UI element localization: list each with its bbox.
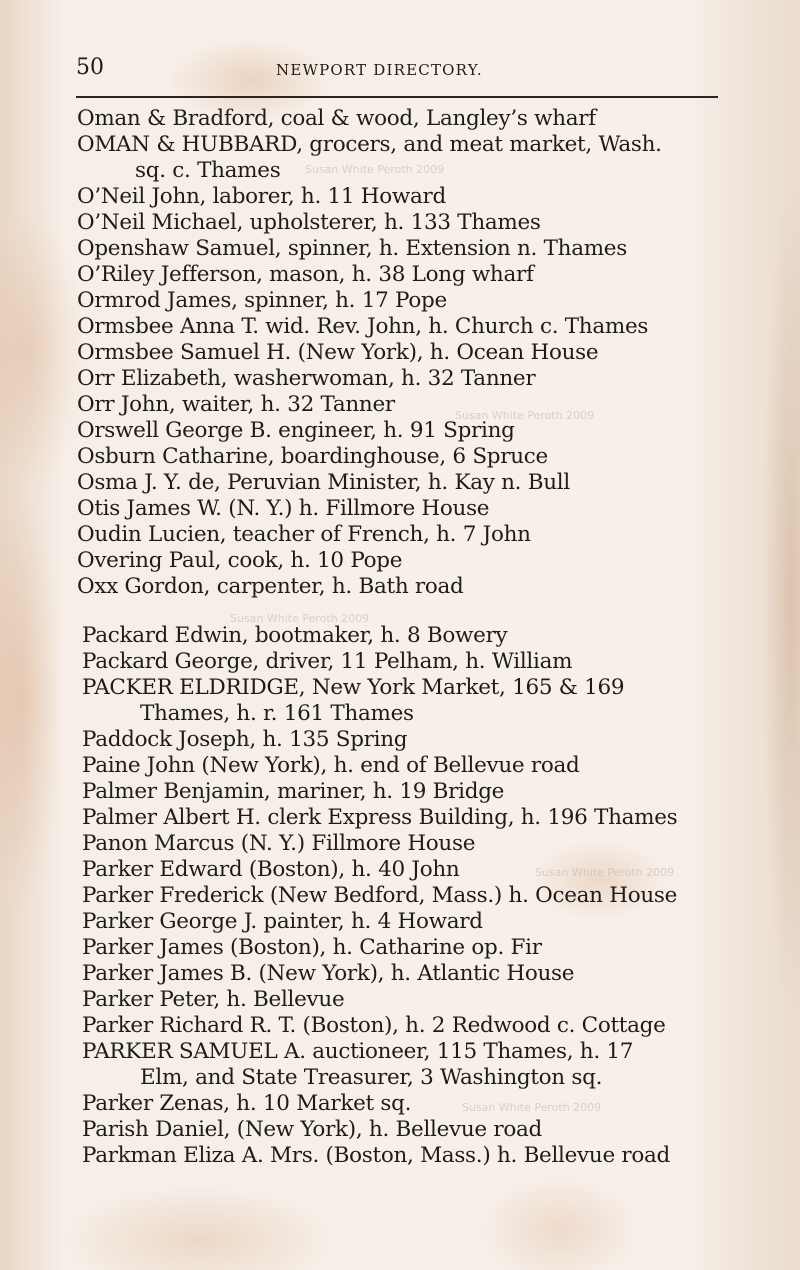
entry-continuation: Thames, h. r. 161 Thames	[82, 701, 762, 727]
running-title: NEWPORT DIRECTORY.	[276, 61, 483, 79]
directory-entry: Packard Edwin, bootmaker, h. 8 Bowery	[82, 623, 762, 649]
directory-entry: Osburn Catharine, boardinghouse, 6 Spruc…	[77, 444, 757, 470]
directory-entry: O’Neil Michael, upholsterer, h. 133 Tham…	[77, 210, 757, 236]
directory-entry: O’Riley Jefferson, mason, h. 38 Long wha…	[77, 262, 757, 288]
header-rule	[76, 96, 718, 98]
directory-entry: Paine John (New York), h. end of Bellevu…	[82, 753, 762, 779]
directory-entry: Openshaw Samuel, spinner, h. Extension n…	[77, 236, 757, 262]
watermark: Susan White Peroth 2009	[305, 163, 444, 176]
directory-entry: Ormrod James, spinner, h. 17 Pope	[77, 288, 757, 314]
watermark: Susan White Peroth 2009	[230, 612, 369, 625]
page-header: 50 NEWPORT DIRECTORY.	[76, 55, 718, 85]
directory-entry: Parker Richard R. T. (Boston), h. 2 Redw…	[82, 1013, 762, 1039]
directory-section-p: Packard Edwin, bootmaker, h. 8 Bowery Pa…	[82, 623, 762, 1169]
directory-entry: Parker Frederick (New Bedford, Mass.) h.…	[82, 883, 762, 909]
directory-entry: Oxx Gordon, carpenter, h. Bath road	[77, 574, 757, 600]
directory-entry: Parker Peter, h. Bellevue	[82, 987, 762, 1013]
directory-entry: Palmer Benjamin, mariner, h. 19 Bridge	[82, 779, 762, 805]
watermark: Susan White Peroth 2009	[462, 1101, 601, 1114]
directory-section-o: Oman & Bradford, coal & wood, Langley’s …	[77, 106, 757, 600]
watermark: Susan White Peroth 2009	[455, 409, 594, 422]
directory-entry: Parish Daniel, (New York), h. Bellevue r…	[82, 1117, 762, 1143]
watermark: Susan White Peroth 2009	[535, 866, 674, 879]
directory-entry: PACKER ELDRIDGE, New York Market, 165 & …	[82, 675, 762, 727]
directory-entry: Ormsbee Samuel H. (New York), h. Ocean H…	[77, 340, 757, 366]
page-number: 50	[76, 55, 104, 80]
directory-entry: Panon Marcus (N. Y.) Fillmore House	[82, 831, 762, 857]
directory-entry: Orr John, waiter, h. 32 Tanner	[77, 392, 757, 418]
directory-entry: Oman & Bradford, coal & wood, Langley’s …	[77, 106, 757, 132]
directory-entry: Parker James B. (New York), h. Atlantic …	[82, 961, 762, 987]
directory-entry: O’Neil John, laborer, h. 11 Howard	[77, 184, 757, 210]
directory-entry: Orr Elizabeth, washerwoman, h. 32 Tanner	[77, 366, 757, 392]
directory-entry: Parker George J. painter, h. 4 Howard	[82, 909, 762, 935]
directory-entry: Palmer Albert H. clerk Express Building,…	[82, 805, 762, 831]
entry-continuation: Elm, and State Treasurer, 3 Washington s…	[82, 1065, 762, 1091]
directory-entry: Otis James W. (N. Y.) h. Fillmore House	[77, 496, 757, 522]
directory-entry: Oudin Lucien, teacher of French, h. 7 Jo…	[77, 522, 757, 548]
scanned-page: 50 NEWPORT DIRECTORY. Oman & Bradford, c…	[0, 0, 800, 1270]
directory-entry: Packard George, driver, 11 Pelham, h. Wi…	[82, 649, 762, 675]
directory-entry: Ormsbee Anna T. wid. Rev. John, h. Churc…	[77, 314, 757, 340]
directory-entry: Overing Paul, cook, h. 10 Pope	[77, 548, 757, 574]
directory-entry: Parker Zenas, h. 10 Market sq.	[82, 1091, 762, 1117]
directory-entry: Orswell George B. engineer, h. 91 Spring	[77, 418, 757, 444]
directory-entry: Parkman Eliza A. Mrs. (Boston, Mass.) h.…	[82, 1143, 762, 1169]
directory-entry: PARKER SAMUEL A. auctioneer, 115 Thames,…	[82, 1039, 762, 1091]
directory-entry: OMAN & HUBBARD, grocers, and meat market…	[77, 132, 757, 184]
directory-entry: Parker James (Boston), h. Catharine op. …	[82, 935, 762, 961]
directory-entry: Paddock Joseph, h. 135 Spring	[82, 727, 762, 753]
directory-entry: Osma J. Y. de, Peruvian Minister, h. Kay…	[77, 470, 757, 496]
